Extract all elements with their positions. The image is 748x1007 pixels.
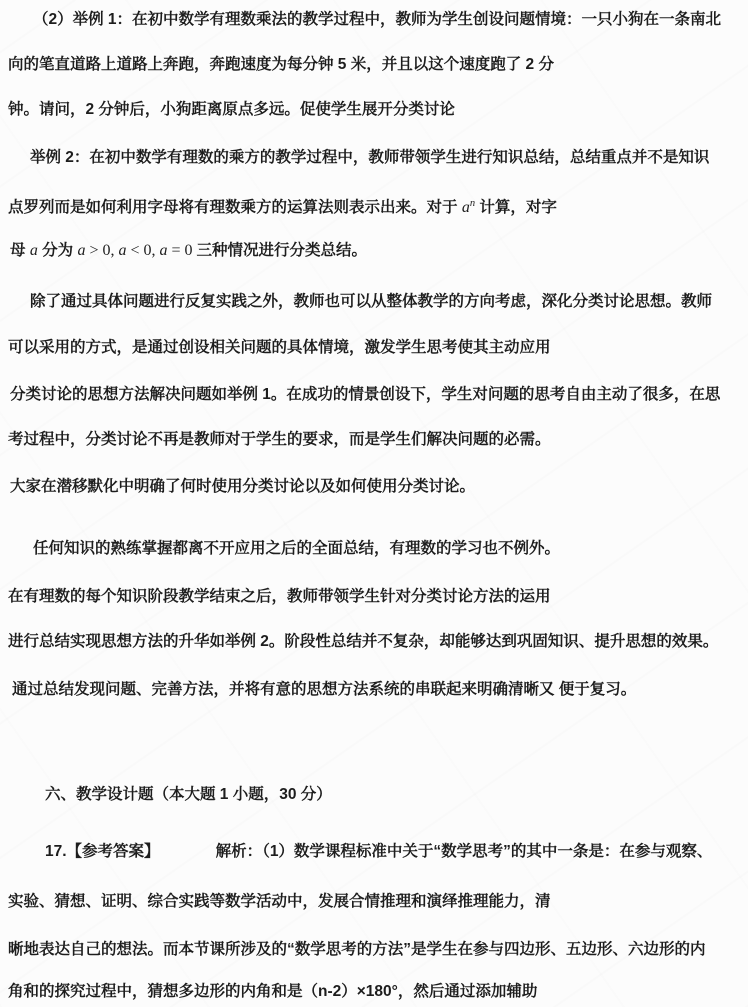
answer-text: 解析：（1）数学课程标准中关于“数学思考”的其中一条是：在参与观察、 [216, 843, 713, 860]
text-line: 钟。请问，2 分钟后，小狗距离原点多远。促使学生展开分类讨论 [8, 99, 455, 121]
text-line: 除了通过具体问题进行反复实践之外，教师也可以从整体教学的方向考虑，深化分类讨论思… [30, 291, 712, 313]
section-heading: 六、教学设计题（本大题 1 小题，30 分） [45, 784, 332, 806]
text-line: 任何知识的熟练掌握都离不开应用之后的全面总结，有理数的学习也不例外。 [33, 538, 560, 560]
answer-line: 17.【参考答案】解析：（1）数学课程标准中关于“数学思考”的其中一条是：在参与… [45, 841, 712, 863]
text-segment: 分为 [38, 242, 78, 259]
text-line: 晰地表达自己的想法。而本节课所涉及的“数学思考的方法”是学生在参与四边形、五边形… [8, 939, 706, 961]
math-variable: a [30, 242, 38, 259]
text-segment: 三种情况进行分类总结。 [197, 242, 368, 259]
answer-label: 17.【参考答案】 [45, 843, 160, 860]
math-operator: > 0, [85, 242, 118, 259]
text-line: 通过总结发现问题、完善方法，并将有意的思想方法系统的串联起来明确清晰又 便于复习… [12, 679, 636, 701]
text-line: 在有理数的每个知识阶段教学结束之后，教师带领学生针对分类讨论方法的运用 [8, 586, 551, 608]
text-segment: 母 [10, 242, 30, 259]
math-variable: a [462, 199, 470, 216]
document-page: （2）举例 1：在初中数学有理数乘法的教学过程中，教师为学生创设问题情境：一只小… [0, 0, 748, 1007]
text-line: 举例 2：在初中数学有理数的乘方的教学过程中，教师带领学生进行知识总结，总结重点… [30, 147, 709, 169]
text-segment: 点罗列而是如何利用字母将有理数乘方的运算法则表示出来。对于 [8, 199, 462, 216]
text-segment: 计算，对字 [475, 199, 557, 216]
text-line: 大家在潜移默化中明确了何时使用分类讨论以及如何使用分类讨论。 [10, 476, 475, 498]
math-operator: < 0, [126, 242, 159, 259]
text-line: （2）举例 1：在初中数学有理数乘法的教学过程中，教师为学生创设问题情境：一只小… [33, 9, 721, 31]
math-operator: = 0 [168, 242, 197, 259]
text-line: 可以采用的方式，是通过创设相关问题的具体情境，激发学生思考使其主动应用 [8, 337, 551, 359]
math-variable: a [160, 242, 168, 259]
text-line: 考过程中，分类讨论不再是教师对于学生的要求，而是学生们解决问题的必需。 [8, 429, 551, 451]
text-line-with-math: 母 a 分为 a > 0, a < 0, a = 0 三种情况进行分类总结。 [10, 240, 367, 262]
text-line: 分类讨论的思想方法解决问题如举例 1。在成功的情景创设下，学生对问题的思考自由主… [10, 384, 720, 406]
text-line: 进行总结实现思想方法的升华如举例 2。阶段性总结并不复杂，却能够达到巩固知识、提… [8, 631, 718, 653]
text-line: 向的笔直道路上道路上奔跑，奔跑速度为每分钟 5 米，并且以这个速度跑了 2 分 [8, 54, 554, 76]
text-line: 实验、猜想、证明、综合实践等数学活动中，发展合情推理和演绎推理能力，清 [8, 891, 551, 913]
text-line: 角和的探究过程中，猜想多边形的内角和是（n-2）×180°，然后通过添加辅助 [8, 981, 537, 1003]
text-line-with-math: 点罗列而是如何利用字母将有理数乘方的运算法则表示出来。对于 an 计算，对字 [8, 193, 557, 219]
